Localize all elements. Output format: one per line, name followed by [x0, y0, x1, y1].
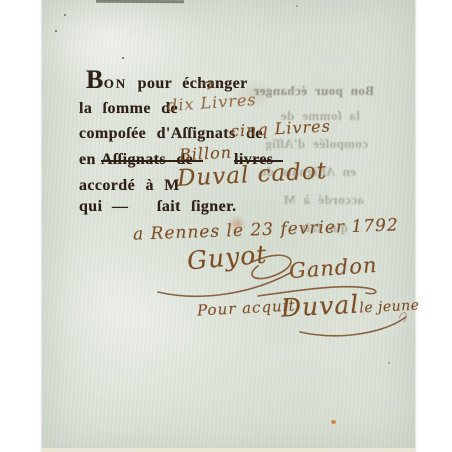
- drop-cap-B: B: [86, 65, 104, 94]
- title-smallcaps: ON: [104, 76, 128, 91]
- paper-speck: [122, 57, 124, 59]
- printed-dash: —: [112, 198, 128, 216]
- scanned-document: Bon pour échanger la ſomme de compoſée d…: [0, 0, 452, 452]
- printed-line-en: en: [79, 151, 96, 169]
- title-rest: pour échanger: [138, 75, 248, 92]
- showthrough-line: Bon pour échanger: [250, 74, 374, 102]
- printed-line-fait-signer: ſait ſigner.: [157, 198, 237, 216]
- handwritten-billon: Billon: [179, 143, 233, 165]
- showthrough-line: accordé à M: [250, 186, 364, 214]
- ink-stain: [228, 216, 246, 232]
- paper-speck: [64, 14, 66, 16]
- printed-line-qui: qui: [79, 198, 102, 216]
- signature-duval-suffix: le jeune: [359, 297, 420, 316]
- printed-title-line: BON pour échanger: [86, 72, 248, 93]
- paper-speck: [55, 30, 57, 32]
- scan-bottom-strip: [42, 448, 415, 452]
- paper-speck: [296, 5, 298, 7]
- foxing-dot: [331, 420, 336, 424]
- paper-speck: [388, 362, 390, 364]
- printed-line-somme: la ſomme de: [79, 100, 178, 118]
- printed-line-accorde: accordé à M: [79, 177, 180, 195]
